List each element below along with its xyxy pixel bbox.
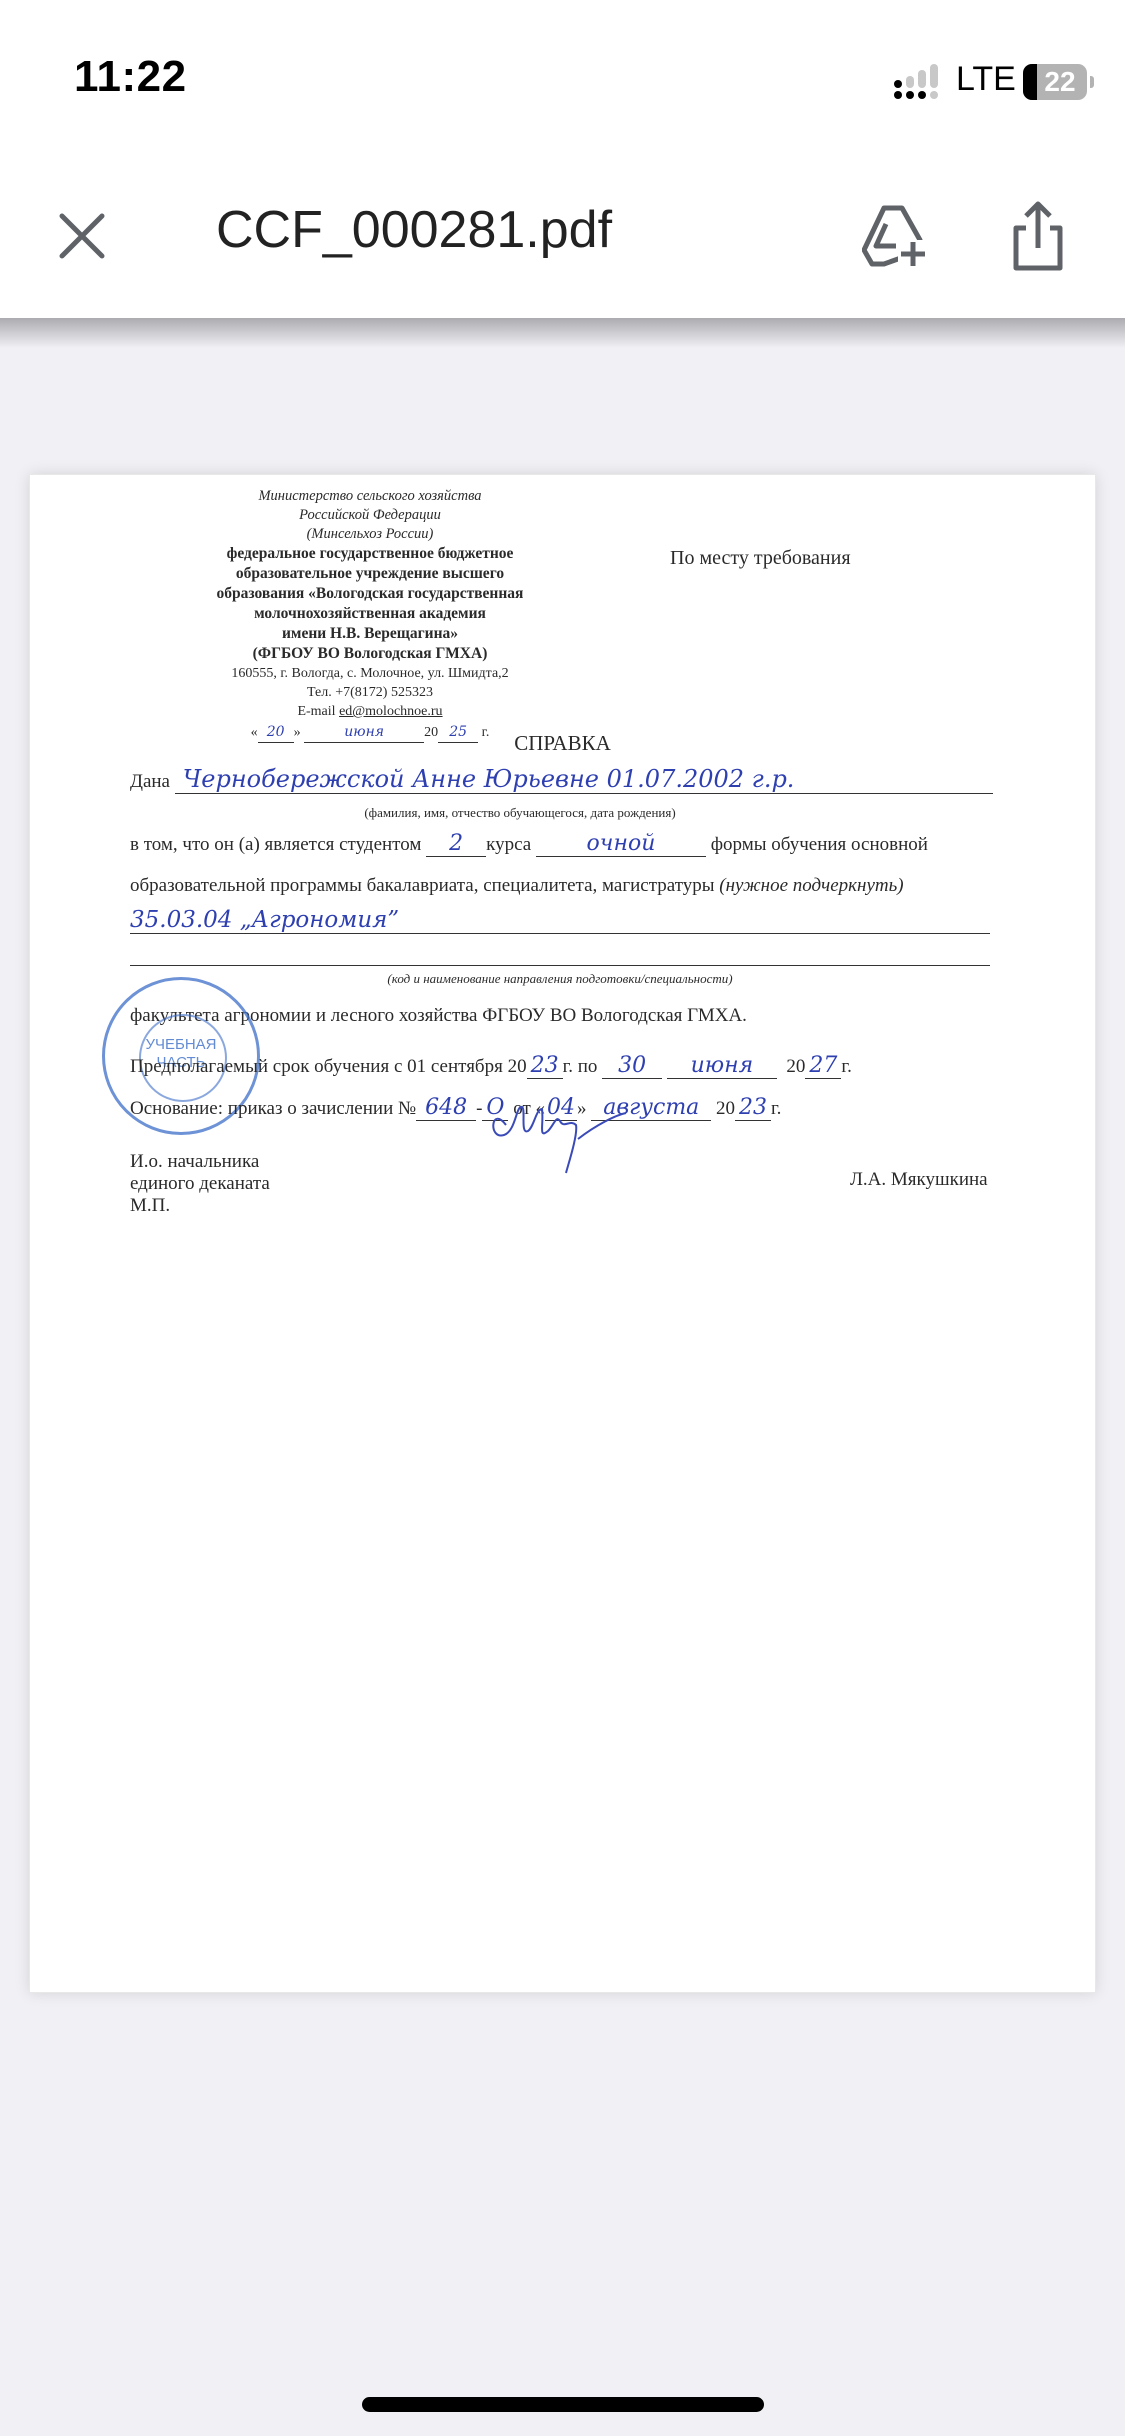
stamp-text: УЧЕБНАЯ — [105, 1036, 257, 1054]
period-label: Предполагаемый срок обучения с 01 сентяб… — [130, 1056, 527, 1077]
specialty-caption: (код и наименование направления подготов… — [130, 971, 990, 987]
order-suffix: г. — [771, 1098, 781, 1119]
signatory-block: И.о. начальника единого деканата М.П. — [130, 1151, 270, 1217]
order-year-prefix: 20 — [716, 1098, 735, 1119]
org-phone: Тел. +7(8172) 525323 — [160, 683, 580, 702]
org-line: молочнохозяйственная академия — [160, 604, 580, 624]
period-mid: г. по — [563, 1056, 598, 1077]
specialty-row: 35.03.04 „Агрономия” — [130, 907, 990, 934]
org-short-name: (ФГБОУ ВО Вологодская ГМХА) — [160, 644, 580, 664]
study-form-field: очной — [536, 831, 706, 857]
cellular-signal-icon — [894, 64, 940, 100]
org-line: имени Н.В. Верещагина» — [160, 624, 580, 644]
org-email: ed@molochnoe.ru — [339, 704, 442, 719]
signatory-name: Л.А. Мякушкина — [850, 1169, 988, 1191]
battery-icon: 22 — [1023, 64, 1087, 100]
program-text: образовательной программы бакалавриата, … — [130, 875, 715, 896]
basis-row: Основание: приказ о зачислении №648-О от… — [130, 1095, 781, 1121]
toolbar-shadow — [0, 318, 1125, 348]
add-to-drive-icon[interactable] — [862, 200, 932, 270]
student-row: в том, что он (а) является студентом 2ку… — [130, 831, 928, 857]
close-icon[interactable] — [56, 210, 108, 262]
course-field: 2 — [426, 831, 486, 857]
course-label: курса — [486, 834, 531, 855]
org-line: федеральное государственное бюджетное — [160, 544, 580, 564]
ministry-line: (Минсельхоз России) — [160, 525, 580, 544]
handwritten-signature — [486, 1095, 636, 1175]
program-row: образовательной программы бакалавриата, … — [130, 875, 904, 897]
end-month-field: июня — [667, 1053, 777, 1079]
status-bar: 11:22 LTE 22 — [0, 0, 1125, 150]
order-number-field: 648 — [416, 1095, 476, 1121]
end-year-field: 27 — [805, 1053, 841, 1079]
given-caption: (фамилия, имя, отчество обучающегося, да… — [280, 805, 760, 821]
study-period-row: Предполагаемый срок обучения с 01 сентяб… — [130, 1053, 852, 1079]
student-name-field: Чернобережской Анне Юрьевне 01.07.2002 г… — [175, 765, 993, 794]
document-letterhead: Министерство сельского хозяйства Российс… — [160, 487, 580, 743]
start-year-field: 23 — [527, 1053, 563, 1079]
signatory-title: единого деканата — [130, 1173, 270, 1195]
file-title: CCF_000281.pdf — [216, 200, 612, 260]
org-email-line: E-mail ed@molochnoe.ru — [160, 702, 580, 721]
status-time: 11:22 — [74, 52, 187, 102]
battery-cap — [1090, 76, 1094, 88]
student-prefix: в том, что он (а) является студентом — [130, 834, 421, 855]
seal-label: М.П. — [130, 1195, 270, 1217]
document-title: СПРАВКА — [30, 731, 1095, 756]
pdf-page[interactable]: Министерство сельского хозяйства Российс… — [29, 474, 1096, 1993]
org-address: 160555, г. Вологда, с. Молочное, ул. Шми… — [160, 664, 580, 683]
end-year-prefix: 20 — [786, 1056, 805, 1077]
battery-level: 22 — [1033, 64, 1087, 100]
form-suffix: формы обучения основной — [711, 834, 928, 855]
order-year-field: 23 — [735, 1095, 771, 1121]
period-suffix: г. — [841, 1056, 851, 1077]
signatory-title: И.о. начальника — [130, 1151, 270, 1173]
program-note: (нужное подчеркнуть) — [719, 875, 903, 896]
ministry-line: Российской Федерации — [160, 506, 580, 525]
org-line: образовательное учреждение высшего — [160, 564, 580, 584]
home-indicator[interactable] — [362, 2397, 764, 2412]
addressee: По месту требования — [670, 547, 851, 570]
specialty-blank-line — [130, 965, 990, 966]
given-label: Дана — [130, 771, 170, 792]
basis-label: Основание: приказ о зачислении № — [130, 1098, 416, 1119]
email-label: E-mail — [297, 704, 339, 719]
ministry-line: Министерство сельского хозяйства — [160, 487, 580, 506]
org-line: образования «Вологодская государственная — [160, 584, 580, 604]
share-icon[interactable] — [1010, 198, 1066, 274]
given-to-row: Дана Чернобережской Анне Юрьевне 01.07.2… — [130, 765, 993, 794]
specialty-field: 35.03.04 „Агрономия” — [130, 907, 990, 934]
end-day-field: 30 — [602, 1053, 662, 1079]
network-type: LTE — [956, 60, 1016, 99]
